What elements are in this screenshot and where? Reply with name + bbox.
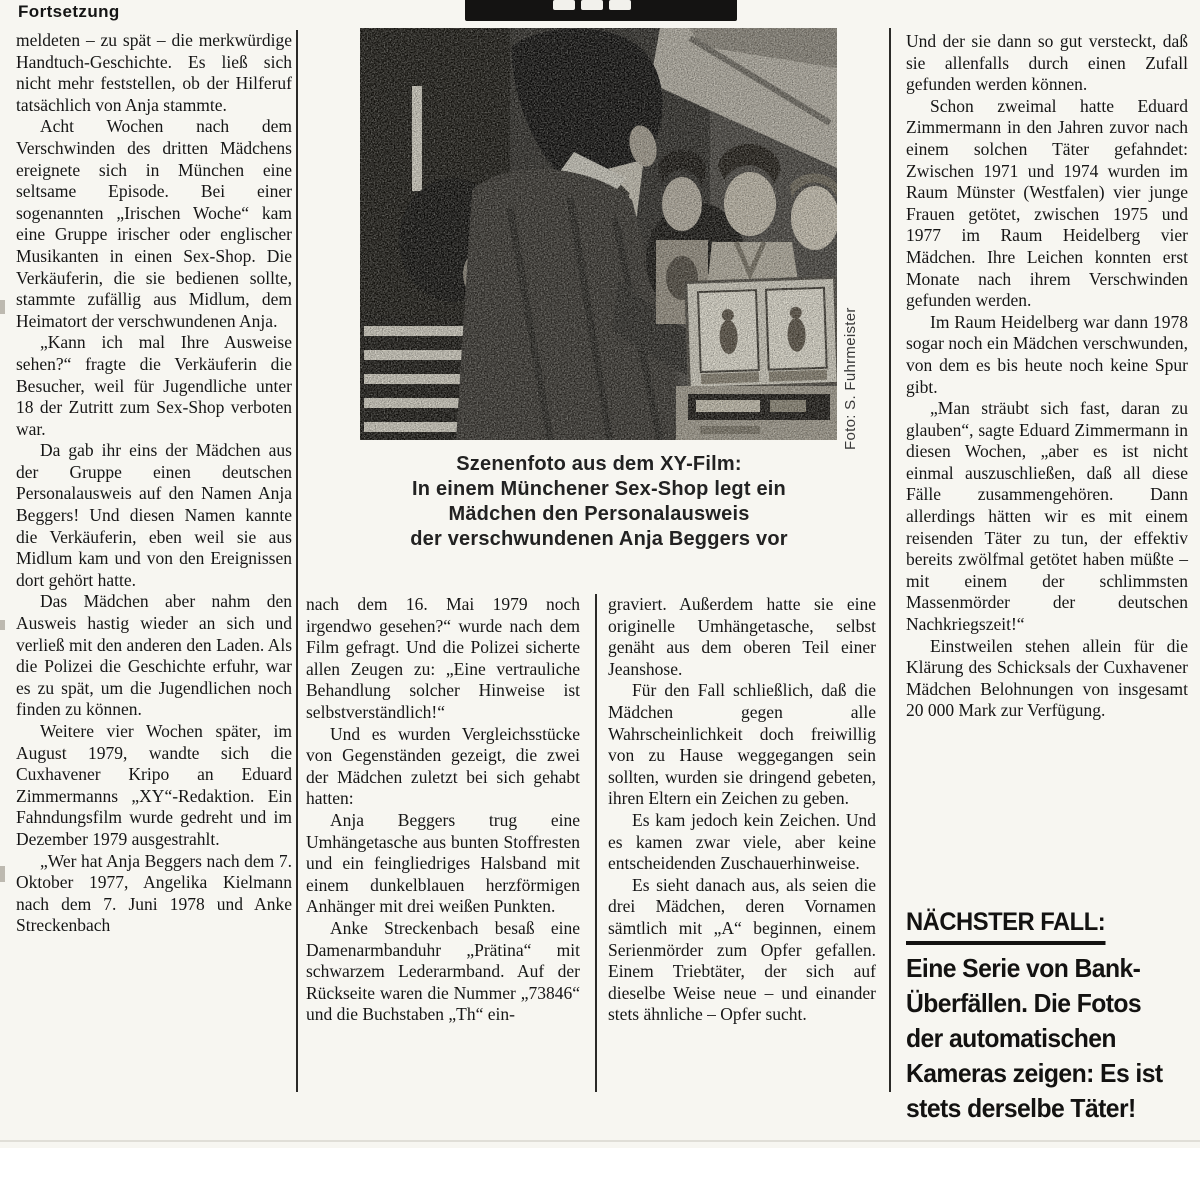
column-rule — [889, 28, 891, 1092]
next-case-teaser-text: Eine Serie von Bank-Überfällen. Die Foto… — [906, 951, 1182, 1126]
teaser-line: Überfällen. Die Fotos — [906, 986, 1182, 1021]
paragraph: „Wer hat Anja Beggers nach dem 7. Oktobe… — [16, 851, 292, 937]
scan-edge-mark — [0, 620, 5, 630]
teaser-line: Eine Serie von Bank- — [906, 951, 1182, 986]
continuation-marker: Fortsetzung — [18, 2, 120, 22]
masthead-glyph — [553, 0, 575, 10]
column-rule — [296, 30, 298, 1092]
paragraph: Anke Streckenbach besaß eine Damenarmban… — [306, 918, 580, 1026]
article-column-left: meldeten – zu spät – die merkwürdige Han… — [16, 30, 292, 937]
paragraph: graviert. Außerdem hatte sie eine origin… — [608, 594, 876, 680]
scan-fold-line — [0, 1140, 1200, 1142]
paragraph: Es sieht danach aus, als seien die drei … — [608, 875, 876, 1026]
paragraph: Weitere vier Wochen später, im August 19… — [16, 721, 292, 851]
next-case-teaser-block: NÄCHSTER FALL: Eine Serie von Bank-Überf… — [906, 908, 1196, 1126]
paragraph: Da gab ihr eins der Mädchen aus der Grup… — [16, 440, 292, 591]
article-photo — [360, 28, 837, 440]
photo-caption: Szenenfoto aus dem XY-Film:In einem Münc… — [352, 452, 846, 552]
caption-line: In einem Münchener Sex-Shop legt ein — [352, 477, 846, 502]
paragraph: Es kam jedoch kein Zeichen. Und es kamen… — [608, 810, 876, 875]
scan-edge-mark — [0, 300, 5, 314]
column-rule — [595, 594, 597, 1092]
teaser-line: stets derselbe Täter! — [906, 1091, 1182, 1126]
masthead-glyph — [581, 0, 603, 10]
teaser-line: der automatischen — [906, 1021, 1182, 1056]
paragraph: Schon zweimal hatte Eduard Zimmermann in… — [906, 96, 1188, 312]
paragraph: Das Mädchen aber nahm den Ausweis hastig… — [16, 591, 292, 721]
paragraph: „Man sträubt sich fast, daran zu glauben… — [906, 398, 1188, 636]
paragraph: Im Raum Heidelberg war dann 1978 sogar n… — [906, 312, 1188, 398]
caption-line: der verschwundenen Anja Beggers vor — [352, 527, 846, 552]
paragraph: Acht Wochen nach dem Verschwinden des dr… — [16, 116, 292, 332]
article-column-right: Und der sie dann so gut versteckt, daß s… — [906, 31, 1188, 722]
paragraph: Für den Fall schließlich, daß die Mädche… — [608, 680, 876, 810]
article-column-middle-right: graviert. Außerdem hatte sie eine origin… — [608, 594, 876, 1026]
masthead-bar-fragment — [465, 0, 737, 21]
scan-edge-mark — [0, 866, 5, 882]
paragraph: Und es wurden Vergleichsstücke von Gegen… — [306, 724, 580, 810]
paragraph: Und der sie dann so gut versteckt, daß s… — [906, 31, 1188, 96]
teaser-line: Kameras zeigen: Es ist — [906, 1056, 1182, 1091]
masthead-glyph — [609, 0, 631, 10]
caption-line: Mädchen den Personalausweis — [352, 502, 846, 527]
caption-line: Szenenfoto aus dem XY-Film: — [352, 452, 846, 477]
paragraph: Anja Beggers trug eine Umhängetasche aus… — [306, 810, 580, 918]
next-case-heading: NÄCHSTER FALL: — [906, 908, 1105, 945]
paragraph: nach dem 16. Mai 1979 noch irgendwo gese… — [306, 594, 580, 724]
paragraph: meldeten – zu spät – die merkwürdige Han… — [16, 30, 292, 116]
paragraph: „Kann ich mal Ihre Ausweise sehen?“ frag… — [16, 332, 292, 440]
photo-credit: Foto: S. Fuhrmeister — [842, 278, 860, 450]
paragraph: Einstweilen stehen allein für die Klärun… — [906, 636, 1188, 722]
article-column-middle-left: nach dem 16. Mai 1979 noch irgendwo gese… — [306, 594, 580, 1026]
photo-illustration — [360, 28, 837, 440]
